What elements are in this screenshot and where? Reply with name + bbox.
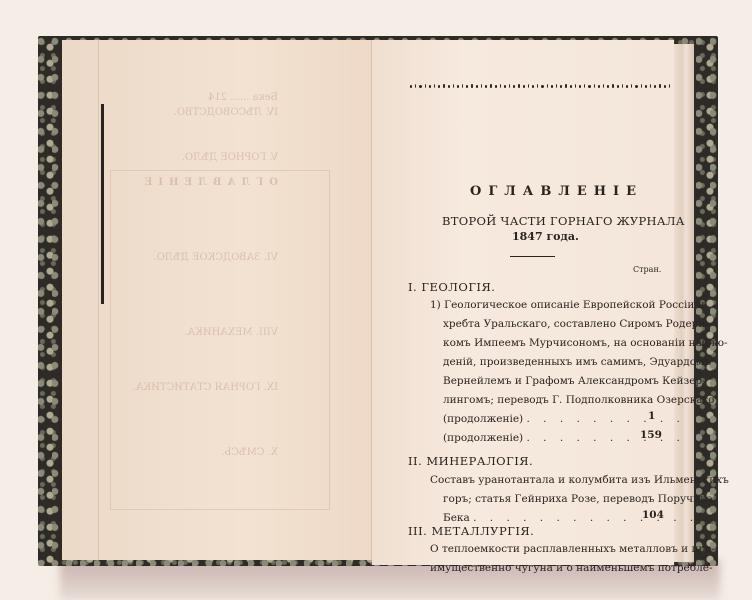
page-number: 104 — [642, 509, 664, 521]
toc-entry-continuation: (продолженіе) . . . . . . . . . . . — [443, 429, 702, 447]
decorative-ornament-rule — [410, 83, 670, 89]
toc-entry-line: 1) Геологическое описаніе Европейской Ро… — [430, 296, 705, 314]
toc-entry-line: деній, произведенныхъ имъ самимъ, Эдуард… — [443, 353, 711, 371]
toc-entry-line: комъ Импеемъ Мурчисономъ, на основаніи н… — [443, 334, 728, 352]
toc-entry-line: лингомъ; переводъ Г. Подполковника Озерс… — [443, 391, 714, 409]
title-rule — [510, 256, 555, 257]
toc-entry-line: горъ; статья Гейнриха Розе, переводъ Пор… — [443, 490, 713, 508]
toc-entry-line: хребта Уральскаго, составлено Сиромъ Род… — [443, 315, 709, 333]
toc-entry-continuation: (продолженіе) . . . . . . . . . . . — [443, 410, 702, 428]
section-heading-mineralogy: II. МИНЕРАЛОГІЯ. — [408, 454, 533, 468]
toc-entry-line: имущественно чугуна и о наименьшемъ потр… — [430, 559, 713, 577]
toc-entry-line: Вернейлемъ и Графомъ Александромъ Кейзер… — [443, 372, 706, 390]
page-subtitle: ВТОРОЙ ЧАСТИ ГОРНАГО ЖУРНАЛА — [442, 214, 685, 228]
page-number: 159 — [640, 429, 662, 441]
section-heading-metallurgy: III. МЕТАЛЛУРГІЯ. — [408, 524, 534, 538]
toc-entry-line: О теплоемкости расплавленныхъ металловъ … — [430, 540, 715, 558]
page-column-label: Стран. — [633, 265, 661, 274]
toc-entry-line: Составъ уранотантала и колумбита изъ Иль… — [430, 471, 729, 489]
page-number: 1 — [648, 410, 655, 422]
section-heading-geology: I. ГЕОЛОГІЯ. — [408, 280, 495, 294]
page-title: ОГЛАВЛЕНІЕ — [470, 184, 643, 199]
show-through-text: Бека ...... 214 ІV. ЛѢСОВОДСТВО. V. ГОРН… — [78, 90, 278, 460]
page-year: 1847 года. — [512, 230, 579, 243]
